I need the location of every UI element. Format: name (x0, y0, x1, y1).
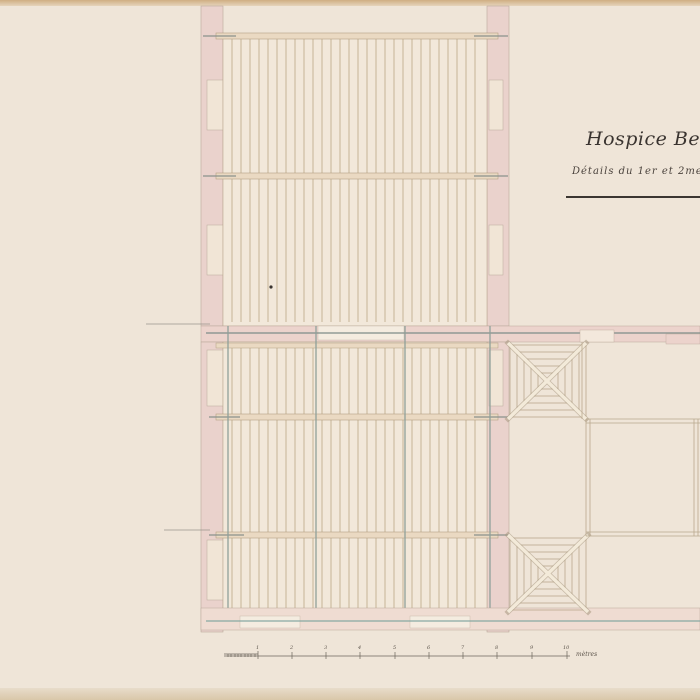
scale-tick-label: 6 (427, 645, 430, 651)
scale-tick-label: 8 (495, 645, 498, 651)
drawing-sheet: 1 2 3 4 5 6 7 8 9 10 mètres Hospice Beau… (0, 0, 700, 700)
scale-tick-label: 3 (324, 645, 327, 651)
scale-bar (224, 651, 570, 659)
floor-framing-plan (0, 0, 700, 700)
scale-tick-label: 5 (393, 645, 396, 651)
drawing-subtitle: Détails du 1er et 2me pla... (572, 166, 700, 177)
scale-tick-label: 1 (256, 645, 259, 651)
scale-tick-label: 10 (563, 645, 569, 651)
stair-well-lower (508, 535, 588, 612)
drawing-title: Hospice Beaujon (586, 128, 700, 150)
paper-bottom-edge (0, 688, 700, 700)
scale-tick-label: 2 (290, 645, 293, 651)
side-room-frame (582, 342, 700, 536)
scale-tick-label: 9 (530, 645, 533, 651)
scale-tick-label: 4 (358, 645, 361, 651)
upper-bay (201, 6, 509, 326)
scale-unit: mètres (576, 651, 597, 658)
title-underline (566, 196, 700, 198)
scale-tick-label: 7 (461, 645, 464, 651)
cross-wall (146, 324, 700, 344)
stair-well-upper (508, 343, 586, 419)
lower-bay (164, 326, 700, 632)
